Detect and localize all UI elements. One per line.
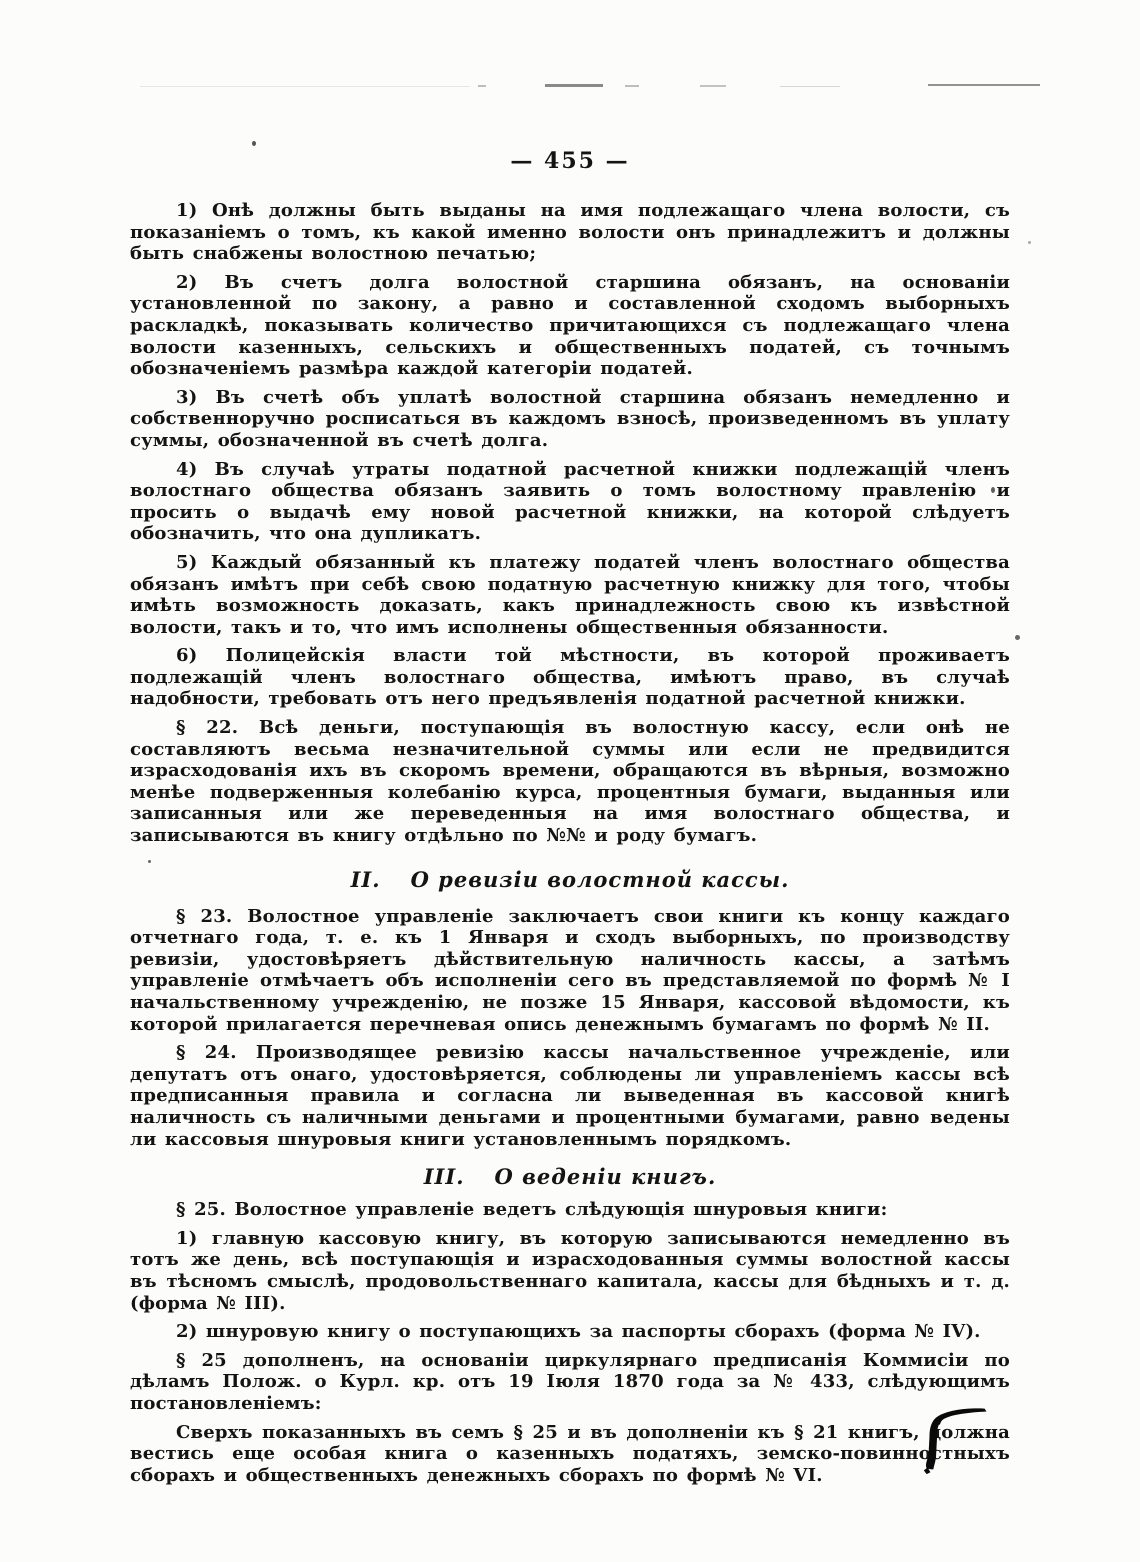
paragraph-point-3: 3) Въ счетѣ объ уплатѣ волостной старшин… (130, 387, 1010, 452)
scan-speck (1015, 635, 1020, 640)
scan-speck (148, 860, 151, 863)
paragraph-section-23: § 23. Волостное управленіе заключаетъ св… (130, 906, 1010, 1036)
paragraph-book-item-2: 2) шнуровую книгу о поступающихъ за пасп… (130, 1321, 1010, 1343)
paragraph-point-4: 4) Въ случаѣ утраты податной расчетной к… (130, 459, 1010, 545)
paragraph-point-1: 1) Онѣ должны быть выданы на имя подлежа… (130, 200, 1010, 265)
section-heading-2: II.О ревизіи волостной кассы. (130, 867, 1010, 892)
scan-noise-dash (625, 85, 639, 87)
scan-noise-dash (700, 85, 726, 87)
section-heading-2-title: О ревизіи волостной кассы. (411, 867, 790, 892)
section-heading-3-title: О веденіи книгъ. (495, 1164, 717, 1189)
paragraph-section-24: § 24. Производящее ревизію кассы начальс… (130, 1042, 1010, 1150)
ink-blot-mark (908, 1382, 1008, 1477)
paragraph-section-25-supplement: § 25 дополненъ, на основаніи циркулярнаг… (130, 1350, 1010, 1415)
section-heading-3: III.О веденіи книгъ. (130, 1164, 1010, 1189)
paragraph-section-22: § 22. Всѣ деньги, поступающія въ волостн… (130, 717, 1010, 847)
document-page: — 455 — 1) Онѣ должны быть выданы на имя… (0, 0, 1140, 1562)
paragraph-point-6: 6) Полицейскія власти той мѣстности, въ … (130, 645, 1010, 710)
paragraph-supplement-note: Сверхъ показанныхъ въ семъ § 25 и въ доп… (130, 1422, 1010, 1487)
scan-speck (1028, 241, 1031, 244)
scan-noise-line (928, 84, 1040, 86)
paragraph-point-2: 2) Въ счетъ долга волостной старшина обя… (130, 272, 1010, 380)
scan-speck (991, 487, 995, 493)
section-heading-3-numeral: III. (424, 1164, 465, 1189)
scan-noise-line (140, 86, 470, 87)
paragraph-section-25-intro: § 25. Волостное управленіе ведетъ слѣдую… (130, 1199, 1010, 1221)
section-heading-2-numeral: II. (351, 867, 381, 892)
scan-noise-dash (478, 85, 486, 87)
page-number: — 455 — (130, 148, 1010, 174)
scan-noise-dash (545, 84, 603, 87)
scan-speck (252, 141, 256, 146)
paragraph-point-5: 5) Каждый обязанный къ платежу податей ч… (130, 552, 1010, 638)
paragraph-book-item-1: 1) главную кассовую книгу, въ которую за… (130, 1228, 1010, 1314)
scan-noise-dash (780, 86, 840, 87)
